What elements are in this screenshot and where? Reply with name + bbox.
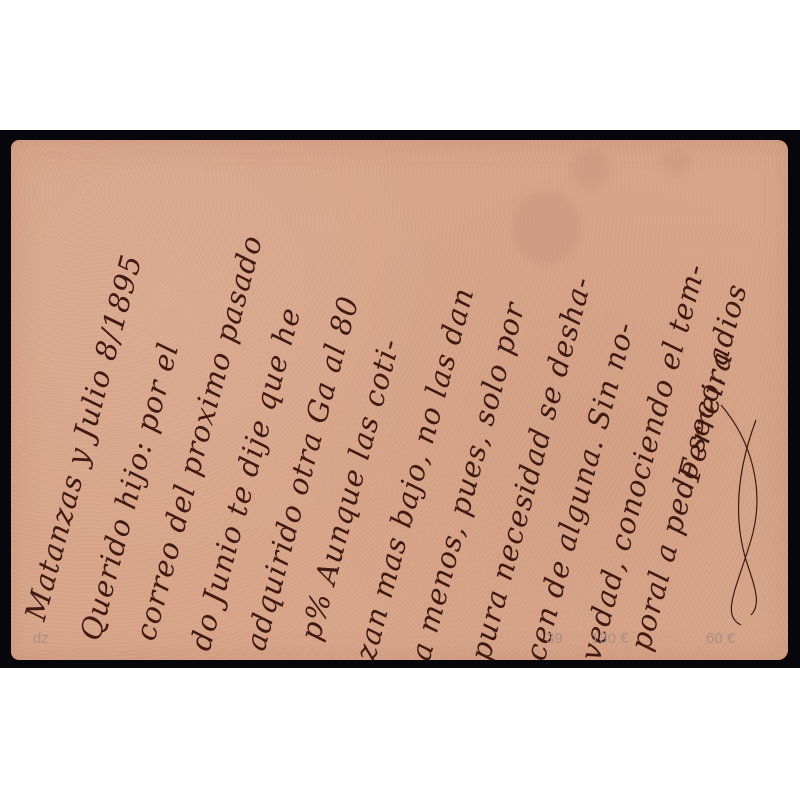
pencil-note: dz [33, 630, 49, 647]
pencil-price: 60 € [706, 630, 735, 647]
stain [511, 190, 581, 265]
pencil-price: 130 € [591, 630, 629, 647]
stain [661, 150, 691, 175]
signature-flourish [711, 400, 771, 630]
postcard: Matanzas y Julio 8/1895 Querido hijo: po… [11, 140, 788, 660]
pencil-note: 39 [546, 630, 563, 647]
stain [571, 150, 611, 190]
